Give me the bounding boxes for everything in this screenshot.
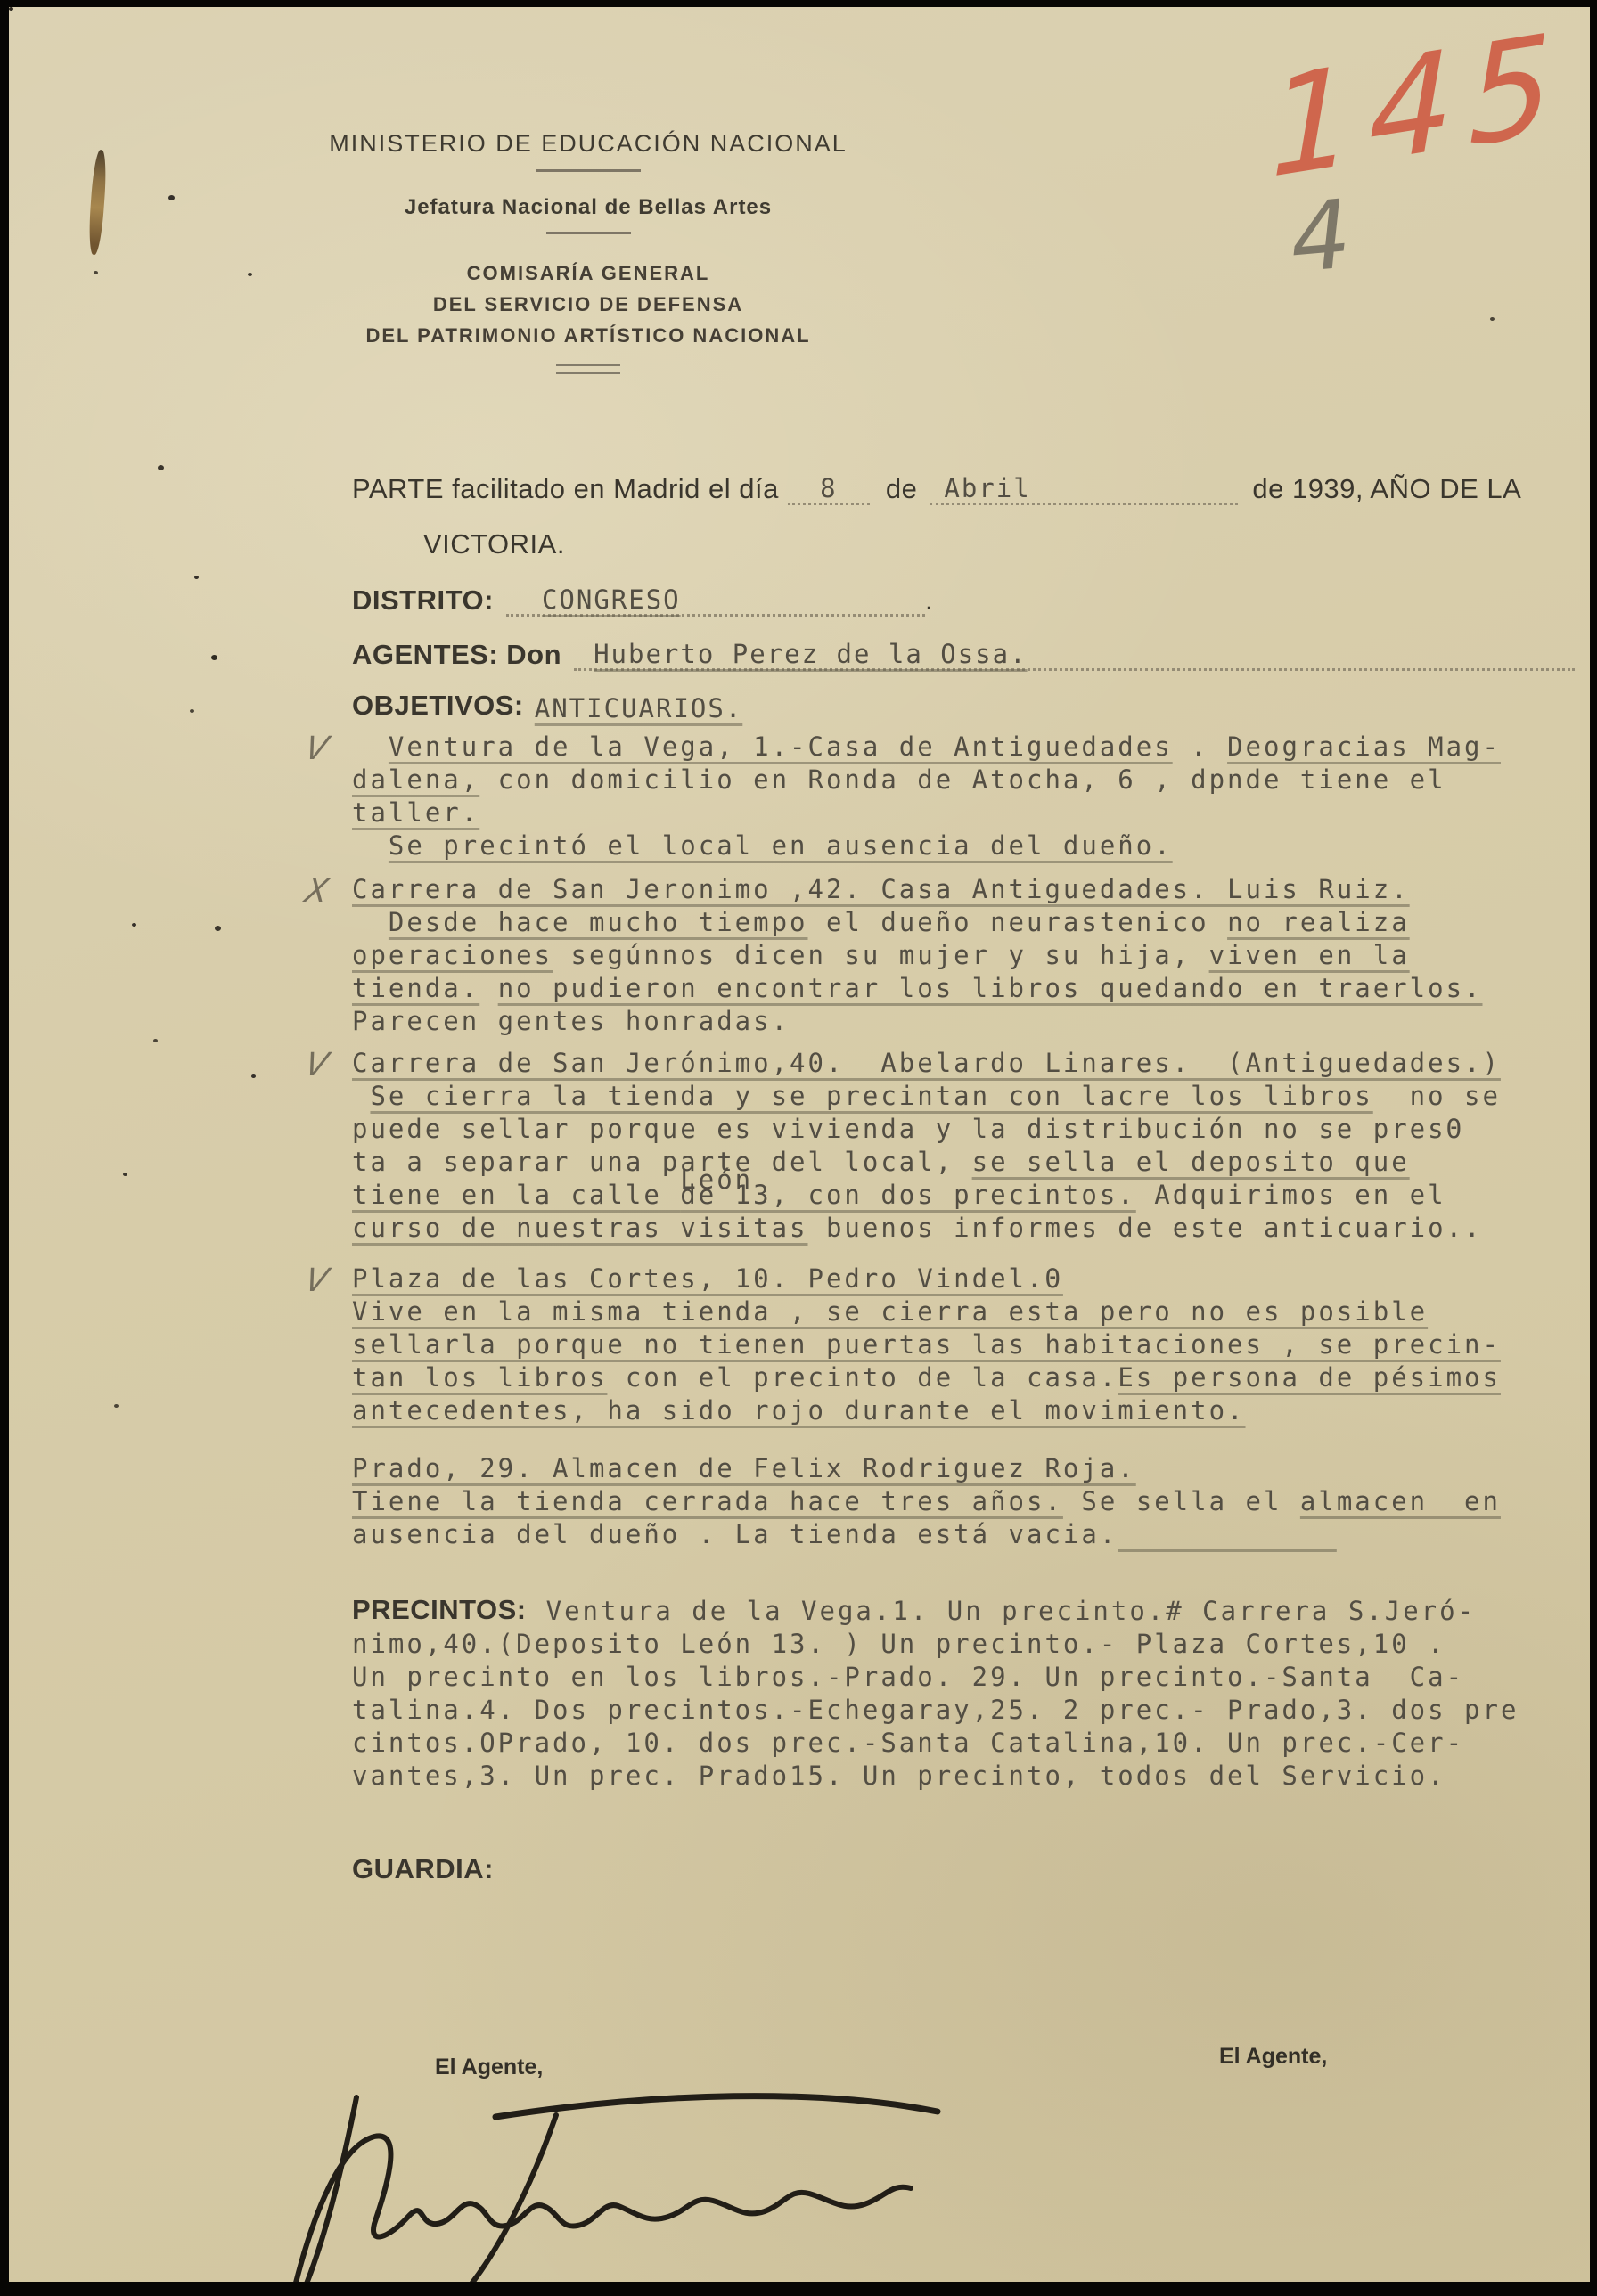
- ink-smudge: [87, 150, 108, 256]
- typed-segment: Es persona de pésimos: [1118, 1362, 1501, 1393]
- letterhead: MINISTERIO DE EDUCACIÓN NACIONAL Jefatur…: [303, 130, 873, 374]
- typed-segment: almacen en: [1300, 1486, 1501, 1516]
- precintos-lines: nimo,40.(Deposito León 13. ) Un precinto…: [352, 1628, 1573, 1793]
- distrito-row: DISTRITO: CONGRESO .: [352, 582, 933, 617]
- agentes-field: Huberto Perez de la Ossa.: [574, 636, 1575, 671]
- typed-segment: [1118, 1519, 1337, 1549]
- typed-segment: ausencia del dueño . La tienda está vaci…: [352, 1519, 1118, 1549]
- paragraph: VPlaza de las Cortes, 10. Pedro Vindel.Θ…: [352, 1262, 1573, 1427]
- typed-line: tan los libros con el precinto de la cas…: [352, 1361, 1573, 1394]
- typed-segment: Carrera de San Jeronimo ,42. Casa Antigu…: [352, 874, 1410, 904]
- typed-segment: [352, 731, 389, 762]
- typed-line: ta a separar una parte del local, se sel…: [352, 1146, 1573, 1179]
- typed-segment: viven en la: [1209, 940, 1410, 970]
- typed-segment: Plaza de las Cortes, 10. Pedro Vindel.Θ: [352, 1263, 1063, 1294]
- letterhead-double-divider: [556, 364, 620, 374]
- typed-line: ausencia del dueño . La tienda está vaci…: [352, 1518, 1573, 1551]
- typed-segment: con el precinto de la casa.: [607, 1362, 1118, 1393]
- jefatura-subtitle: Jefatura Nacional de Bellas Artes: [303, 195, 873, 220]
- comisaria-line-2: DEL SERVICIO DE DEFENSA: [303, 289, 873, 320]
- typed-line: Desde hace mucho tiempo el dueño neurast…: [352, 906, 1573, 939]
- typed-segment: Se sella el: [1063, 1486, 1300, 1516]
- typed-segment: ta a separar una parte del local,: [352, 1147, 972, 1177]
- margin-checkmark: V: [302, 1047, 332, 1083]
- typed-segment: .: [1173, 731, 1227, 762]
- typed-segment: Adquirimos en el: [1136, 1180, 1446, 1210]
- paragraph: VCarrera de San Jerónimo,40. Abelardo Li…: [352, 1047, 1573, 1245]
- typed-line: Carrera de San Jerónimo,40. Abelardo Lin…: [352, 1047, 1573, 1080]
- paragraph: V Ventura de la Vega, 1.-Casa de Antigue…: [352, 731, 1573, 862]
- typed-segment: Se cierra la tienda y se precintan con l…: [370, 1081, 1372, 1111]
- typed-segment: no realiza: [1227, 907, 1410, 937]
- agentes-value: Huberto Perez de la Ossa.: [594, 639, 1028, 669]
- typed-segment: el dueño neurastenico: [808, 907, 1228, 937]
- objetivos-row: OBJETIVOS: ANTICUARIOS.: [352, 690, 742, 722]
- typed-line: taller.: [352, 797, 1573, 829]
- typed-segment: [352, 907, 389, 937]
- typed-segment: operaciones: [352, 940, 553, 970]
- typed-segment: Tiene la tienda cerrada hace tres años.: [352, 1486, 1063, 1516]
- typed-segment: taller.: [352, 797, 479, 828]
- typed-segment: [352, 1081, 370, 1111]
- typed-segment: no se: [1373, 1081, 1501, 1111]
- typed-line: tiene en la calle Leónde 13, con dos pre…: [352, 1179, 1573, 1212]
- typed-line: curso de nuestras visitas buenos informe…: [352, 1212, 1573, 1245]
- typed-line: Ventura de la Vega, 1.-Casa de Antigueda…: [352, 731, 1573, 764]
- comisaria-line-3: DEL PATRIMONIO ARTÍSTICO NACIONAL: [303, 320, 873, 351]
- paper-specks: [9, 7, 13, 11]
- typed-segment: puede sellar porque es vivienda y la dis…: [352, 1114, 1464, 1144]
- handwritten-signature: [274, 2071, 970, 2282]
- typed-segment: Vive en la misma tienda , se cierra esta…: [352, 1296, 1428, 1327]
- typed-line: Vive en la misma tienda , se cierra esta…: [352, 1295, 1573, 1328]
- precintos-line: Un precinto en los libros.-Prado. 29. Un…: [352, 1661, 1573, 1694]
- typed-segment: tiene en la calle: [352, 1180, 680, 1210]
- typed-segment: buenos informes de este anticuario..: [808, 1213, 1483, 1243]
- typed-segment: Se precintó el local en ausencia del due…: [389, 830, 1173, 861]
- typed-line: Carrera de San Jeronimo ,42. Casa Antigu…: [352, 873, 1573, 906]
- victoria-label: VICTORIA.: [423, 528, 565, 560]
- precintos-line: nimo,40.(Deposito León 13. ) Un precinto…: [352, 1628, 1573, 1661]
- parte-prefix-label: PARTE facilitado en Madrid el día: [352, 473, 779, 505]
- scanned-document: MINISTERIO DE EDUCACIÓN NACIONAL Jefatur…: [0, 0, 1597, 2296]
- typed-segment: Deogracias Mag-: [1227, 731, 1501, 762]
- typed-line: sellarla porque no tienen puertas las ha…: [352, 1328, 1573, 1361]
- typed-line: dalena, con domicilio en Ronda de Atocha…: [352, 764, 1573, 797]
- typed-segment: Desde hace mucho tiempo: [389, 907, 808, 937]
- typed-line: puede sellar porque es vivienda y la dis…: [352, 1113, 1573, 1146]
- agentes-label: AGENTES: Don: [352, 639, 561, 671]
- distrito-label: DISTRITO:: [352, 584, 494, 617]
- typed-line: Se cierra la tienda y se precintan con l…: [352, 1080, 1573, 1113]
- objetivos-value: ANTICUARIOS.: [535, 693, 743, 723]
- day-field: 8: [788, 470, 870, 505]
- typed-segment: se sella el deposito que: [972, 1147, 1410, 1177]
- distrito-field: CONGRESO: [506, 582, 925, 617]
- typed-line: Tiene la tienda cerrada hace tres años. …: [352, 1485, 1573, 1518]
- typed-segment: [352, 830, 389, 861]
- objetivos-label: OBJETIVOS:: [352, 690, 524, 722]
- typed-segment: Carrera de San Jerónimo,40. Abelardo Lin…: [352, 1048, 1501, 1078]
- agentes-row: AGENTES: Don Huberto Perez de la Ossa.: [352, 636, 1575, 671]
- ministry-title: MINISTERIO DE EDUCACIÓN NACIONAL: [303, 130, 873, 158]
- month-field: Abril: [930, 470, 1238, 505]
- document-paper: MINISTERIO DE EDUCACIÓN NACIONAL Jefatur…: [9, 7, 1590, 2282]
- paragraph: Prado, 29. Almacen de Felix Rodriguez Ro…: [352, 1452, 1573, 1551]
- precintos-section: PRECINTOS: Ventura de la Vega.1. Un prec…: [352, 1595, 1573, 1793]
- typed-line: Parecen gentes honradas.: [352, 1005, 1573, 1038]
- distrito-value: CONGRESO: [542, 584, 681, 615]
- margin-checkmark: X: [302, 873, 332, 910]
- comisaria-line-1: COMISARÍA GENERAL: [303, 257, 873, 289]
- month-value: Abril: [944, 473, 1030, 503]
- typed-segment: tan los libros: [352, 1362, 607, 1393]
- typed-segment: Parecen gentes honradas.: [352, 1006, 790, 1036]
- paragraph: XCarrera de San Jeronimo ,42. Casa Antig…: [352, 873, 1573, 1038]
- typed-segment: segúnnos dicen su mujer y su hija,: [553, 940, 1209, 970]
- typed-segment: Prado, 29. Almacen de Felix Rodriguez Ro…: [352, 1453, 1136, 1483]
- precintos-label: PRECINTOS:: [352, 1594, 527, 1626]
- typed-line: Prado, 29. Almacen de Felix Rodriguez Ro…: [352, 1452, 1573, 1485]
- agent-label-right: El Agente,: [1219, 2044, 1327, 2070]
- typed-line: tienda. no pudieron encontrar los libros…: [352, 972, 1573, 1005]
- typed-body: V Ventura de la Vega, 1.-Casa de Antigue…: [352, 731, 1573, 1551]
- typed-segment: curso de nuestras visitas: [352, 1213, 808, 1243]
- precintos-line: cintos.OPrado, 10. dos prec.-Santa Catal…: [352, 1727, 1573, 1760]
- precintos-first-row: PRECINTOS: Ventura de la Vega.1. Un prec…: [352, 1595, 1573, 1628]
- margin-checkmark: V: [302, 1262, 332, 1299]
- typed-segment: dalena,: [352, 764, 479, 795]
- de-word: de: [886, 473, 917, 505]
- letterhead-divider: [546, 232, 631, 234]
- day-value: 8: [820, 473, 837, 503]
- typed-segment: sellarla porque no tienen puertas las ha…: [352, 1329, 1501, 1360]
- precintos-line: Ventura de la Vega.1. Un precinto.# Carr…: [546, 1595, 1476, 1628]
- typed-line: antecedentes, ha sido rojo durante el mo…: [352, 1394, 1573, 1427]
- parte-row: PARTE facilitado en Madrid el día 8 de A…: [352, 470, 1521, 505]
- typed-segment: [479, 973, 497, 1003]
- typed-line: Se precintó el local en ausencia del due…: [352, 829, 1573, 862]
- distrito-period: .: [925, 584, 933, 617]
- typed-segment: tienda.: [352, 973, 479, 1003]
- precintos-line: talina.4. Dos precintos.-Echegaray,25. 2…: [352, 1694, 1573, 1727]
- guardia-label: GUARDIA:: [352, 1853, 494, 1885]
- margin-checkmark: V: [302, 731, 332, 767]
- folio-number-red: 145: [1268, 7, 1568, 208]
- precintos-line: vantes,3. Un prec. Prado15. Un precinto,…: [352, 1760, 1573, 1793]
- parte-suffix-label: de 1939, AÑO DE LA: [1252, 473, 1521, 505]
- typed-segment: Ventura de la Vega, 1.-Casa de Antigueda…: [389, 731, 1173, 762]
- typed-line: Plaza de las Cortes, 10. Pedro Vindel.Θ: [352, 1262, 1573, 1295]
- typed-segment: antecedentes, ha sido rojo durante el mo…: [352, 1395, 1246, 1426]
- typed-segment: no pudieron encontrar los libros quedand…: [498, 973, 1483, 1003]
- letterhead-divider: [536, 169, 641, 172]
- folio-number-pencil: 4: [1286, 179, 1355, 293]
- typed-segment: con domicilio en Ronda de Atocha, 6 , dp…: [479, 764, 1445, 795]
- typed-line: operaciones segúnnos dicen su mujer y su…: [352, 939, 1573, 972]
